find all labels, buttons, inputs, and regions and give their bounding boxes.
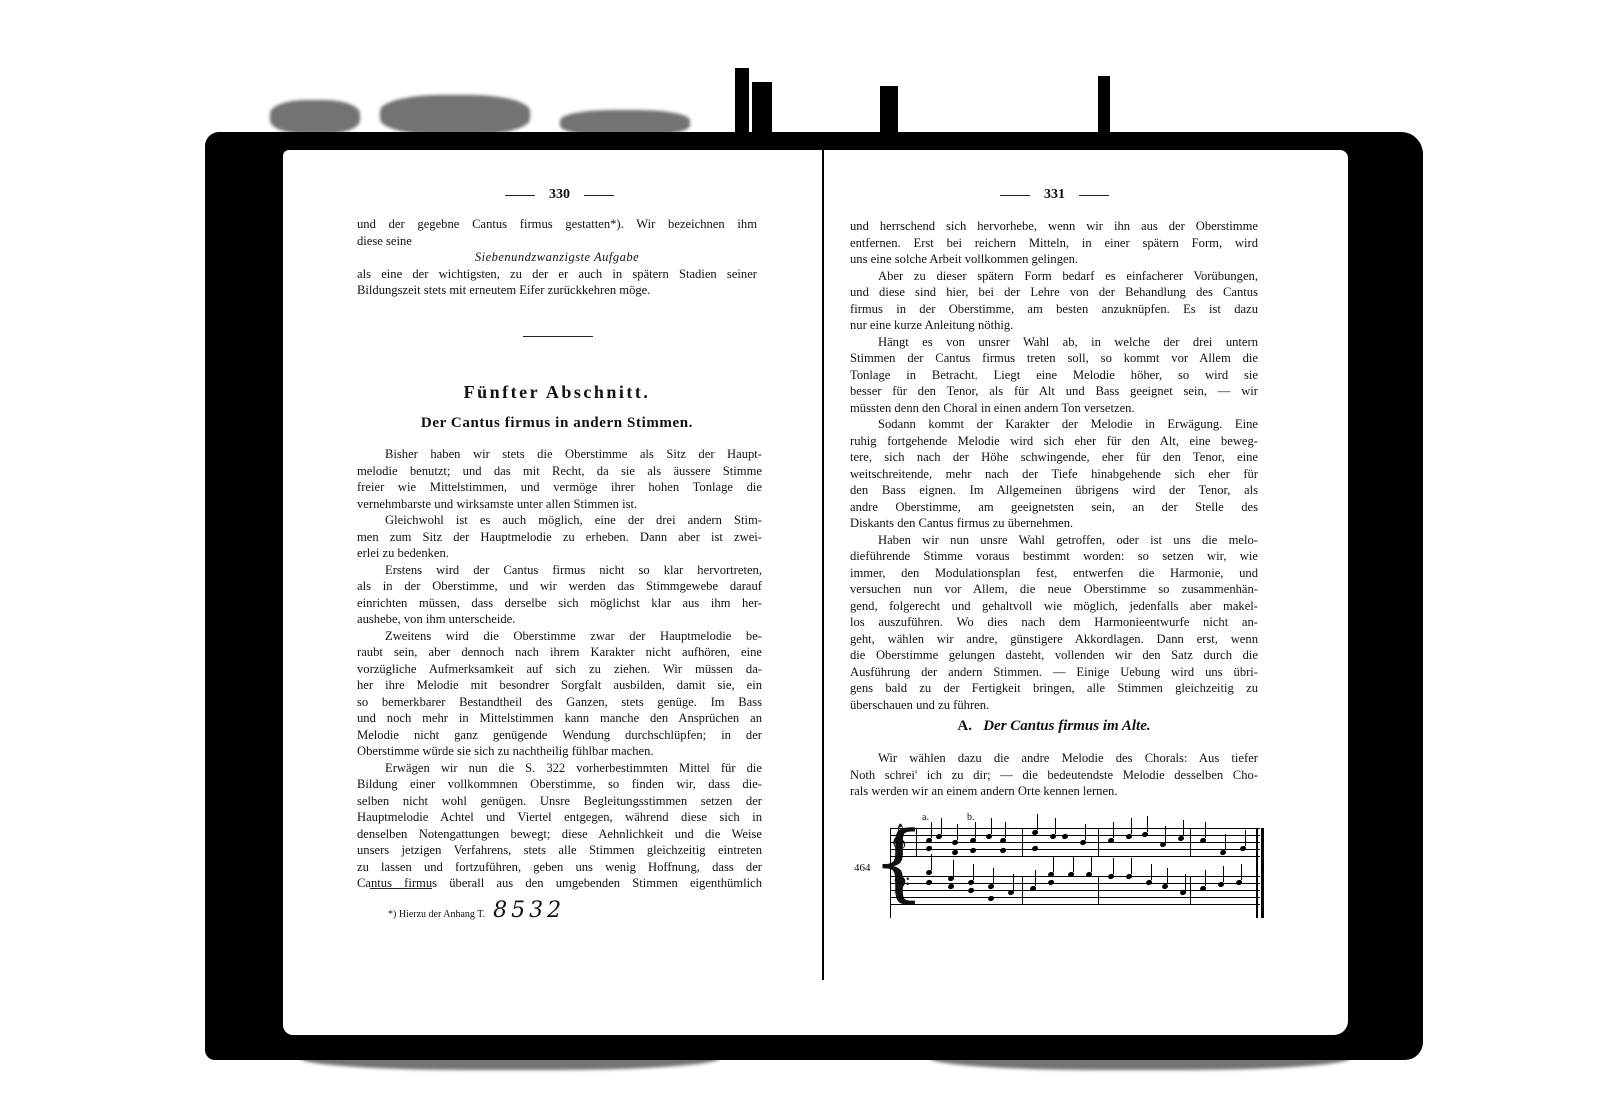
book-gutter <box>822 150 824 980</box>
text-line: erlei zu bedenken. <box>357 545 762 562</box>
text-line: freier wie Mittelstimmen, und vermöge ih… <box>357 479 762 496</box>
text-line: müssten denn den Choral in einen andern … <box>850 400 1258 417</box>
text-line: geht, wählen wir andre, günstigere Akkor… <box>850 631 1258 648</box>
paragraph: Aber zu dieser spätern Form bedarf es ei… <box>850 268 1258 334</box>
text-line: immer, den Modulationsplan fest, entwerf… <box>850 565 1258 582</box>
text-line: Erwägen wir nun die S. 322 vorherbestimm… <box>357 760 762 777</box>
scan-artifact <box>1098 76 1110 138</box>
text-line: so bemerkbarer Bestandtheil des Ganzen, … <box>357 694 762 711</box>
left-body: Bisher haben wir stets die Oberstimme al… <box>357 446 762 892</box>
text-line: andre Oberstimme, am geeignetsten sein, … <box>850 499 1258 516</box>
left-intro: und der gegebne Cantus firmus gestatten*… <box>357 216 757 299</box>
text-line: überschauen und zu führen. <box>850 697 1258 714</box>
text-line: und noch mehr in Mittelstimmen kann manc… <box>357 710 762 727</box>
text-line: Bisher haben wir stets die Oberstimme al… <box>357 446 762 463</box>
paragraph: und herrschend sich hervorhebe, wenn wir… <box>850 218 1258 268</box>
scan-artifact <box>560 110 690 136</box>
text-line: Sodann kommt der Karakter der Melodie in… <box>850 416 1258 433</box>
text-line: Melodie nicht ganz genügende Wendung dur… <box>357 727 762 744</box>
text-line: ruhig fortgehende Melodie wird sich eher… <box>850 433 1258 450</box>
paragraph: Erstens wird der Cantus firmus nicht so … <box>357 562 762 628</box>
page-number-left: 330 <box>505 187 614 203</box>
text-line: unsers jetzigen Verfahrens, stets alle S… <box>357 842 762 859</box>
scan-artifact <box>380 95 530 135</box>
paragraph: Gleichwohl ist es auch möglich, eine der… <box>357 512 762 562</box>
example-number: 464 <box>854 862 871 874</box>
choral-paragraph: Wir wählen dazu die andre Melodie des Ch… <box>850 750 1258 800</box>
text-line: Noth schrei' ich zu dir; — die bedeutend… <box>850 767 1258 784</box>
subsection-heading: A. Der Cantus firmus im Alte. <box>850 718 1258 735</box>
footnote-rule <box>370 888 432 889</box>
scan-artifact <box>752 82 772 140</box>
text-line: nur eine kurze Anleitung nöthig. <box>850 317 1258 334</box>
music-example: 464 { a. b. 𝄞 <box>872 812 1267 922</box>
text-line: selben nicht wohl genügen. Unsre Begleit… <box>357 793 762 810</box>
annotation-b: b. <box>967 812 975 823</box>
text-line: Diskants den Cantus firmus zu übernehmen… <box>850 515 1258 532</box>
scan-artifact <box>880 86 898 138</box>
scan-artifact <box>300 1040 720 1070</box>
paragraph: Haben wir nun unsre Wahl getroffen, oder… <box>850 532 1258 714</box>
bass-staff: 𝄢 <box>890 876 1260 908</box>
text-line: Bildungszeit stets mit erneutem Eifer zu… <box>357 282 757 299</box>
treble-clef-icon: 𝄞 <box>890 826 907 854</box>
text-line: dieführende Stimme voraus bestimmt worde… <box>850 548 1258 565</box>
text-line: Tonlage in Betracht. Liegt eine Melodie … <box>850 367 1258 384</box>
scan-artifact <box>270 100 360 134</box>
handwritten-note: 8532 <box>493 898 565 923</box>
text-line: einrichten müssen, dass derselbe sich mö… <box>357 595 762 612</box>
text-line: gend, folgerecht und gehaltvoll wie mögl… <box>850 598 1258 615</box>
text-line: Gleichwohl ist es auch möglich, eine der… <box>357 512 762 529</box>
text-line: raubt sein, aber dennoch nach ihrem Kara… <box>357 644 762 661</box>
footnote-text: *) Hierzu der Anhang T. <box>388 909 485 920</box>
text-line: melodie benutzt; und das mit Recht, da s… <box>357 463 762 480</box>
text-line: Oberstimme würde sie sich zu nachtheilig… <box>357 743 762 760</box>
text-line: als in der Oberstimme, und wir werden da… <box>357 578 762 595</box>
text-line: uns eine solche Arbeit vollkommen geling… <box>850 251 1258 268</box>
text-line: Ausführung der andern Stimmen. — Einige … <box>850 664 1258 681</box>
text-line: Zweitens wird die Oberstimme zwar der Ha… <box>357 628 762 645</box>
right-body: und herrschend sich hervorhebe, wenn wir… <box>850 218 1258 713</box>
text-line: Hauptmelodie Achtel und Viertel entgegen… <box>357 809 762 826</box>
footnote: *) Hierzu der Anhang T.8532 <box>388 898 565 923</box>
paragraph: Sodann kommt der Karakter der Melodie in… <box>850 416 1258 532</box>
text-line: firmus in der Oberstimme, am besten anzu… <box>850 301 1258 318</box>
text-line: aushebe, von ihm unterscheide. <box>357 611 762 628</box>
subsection-title: Der Cantus firmus im Alte. <box>983 718 1150 734</box>
text-line: Bildung einer vollkommnen Oberstimme, so… <box>357 776 762 793</box>
text-line: entfernen. Erst bei reichern Mitteln, in… <box>850 235 1258 252</box>
paragraph: Bisher haben wir stets die Oberstimme al… <box>357 446 762 512</box>
text-line: her ihre Melodie mit besondrer Sorgfalt … <box>357 677 762 694</box>
text-line: Aber zu dieser spätern Form bedarf es ei… <box>850 268 1258 285</box>
paragraph: Zweitens wird die Oberstimme zwar der Ha… <box>357 628 762 760</box>
text-line: denselben Notengattungen bewegt; diese A… <box>357 826 762 843</box>
text-line: besser für den Tenor, als für Alt und Ba… <box>850 383 1258 400</box>
subsection-title: Der Cantus firmus in andern Stimmen. <box>357 415 757 432</box>
text-line: zu lassen und fortzuführen, geben uns we… <box>357 859 762 876</box>
page-number-text: 330 <box>549 187 570 203</box>
page-number-text: 331 <box>1044 187 1065 203</box>
text-line: gens bald zu der Fertigkeit bringen, all… <box>850 680 1258 697</box>
subsection-letter: A. <box>957 718 972 734</box>
section-title: Fünfter Abschnitt. <box>357 382 757 403</box>
text-line: tere, sich nach der Höhe schwingende, eh… <box>850 449 1258 466</box>
text-line: als eine der wichtigsten, zu der er auch… <box>357 266 757 283</box>
text-line: und herrschend sich hervorhebe, wenn wir… <box>850 218 1258 235</box>
text-line: los auszuführen. Wo dies nach dem Harmon… <box>850 614 1258 631</box>
scan-artifact <box>930 1040 1350 1070</box>
text-line: die Oberstimme gelungen dasteht, vollend… <box>850 647 1258 664</box>
text-line: Cantus firmus überall aus den umgebenden… <box>357 875 762 892</box>
section-divider <box>523 336 593 337</box>
text-line: Erstens wird der Cantus firmus nicht so … <box>357 562 762 579</box>
text-line: men zum Sitz der Hauptmelodie zu erheben… <box>357 529 762 546</box>
text-line: versuchen nun vor Allem, die neue Oberst… <box>850 581 1258 598</box>
scan-artifact <box>735 68 749 138</box>
task-title: Siebenundzwanzigste Aufgabe <box>357 249 757 266</box>
paragraph: Hängt es von unsrer Wahl ab, in welche d… <box>850 334 1258 417</box>
text-line: rals werden wir an einem andern Orte ken… <box>850 783 1258 800</box>
text-line: diese seine <box>357 233 757 250</box>
paragraph: Erwägen wir nun die S. 322 vorherbestimm… <box>357 760 762 892</box>
text-line: vorzügliche Aufmerksamkeit auf sich zu z… <box>357 661 762 678</box>
text-line: Haben wir nun unsre Wahl getroffen, oder… <box>850 532 1258 549</box>
annotation-a: a. <box>922 812 929 823</box>
text-line: und der gegebne Cantus firmus gestatten*… <box>357 216 757 233</box>
text-line: Hängt es von unsrer Wahl ab, in welche d… <box>850 334 1258 351</box>
page-number-right: 331 <box>1000 187 1109 203</box>
text-line: Stimmen der Cantus firmus treten soll, s… <box>850 350 1258 367</box>
bass-clef-icon: 𝄢 <box>892 874 910 902</box>
text-line: vernehmbarste und wirksamste unter allen… <box>357 496 762 513</box>
text-line: den Bass eignen. Im Allgemeinen übrigens… <box>850 482 1258 499</box>
text-line: Wir wählen dazu die andre Melodie des Ch… <box>850 750 1258 767</box>
text-line: weitschreitende, mehr nach der Tiefe hin… <box>850 466 1258 483</box>
treble-staff: 𝄞 <box>890 828 1260 860</box>
text-line: und diese sind hier, bei der Lehre von d… <box>850 284 1258 301</box>
